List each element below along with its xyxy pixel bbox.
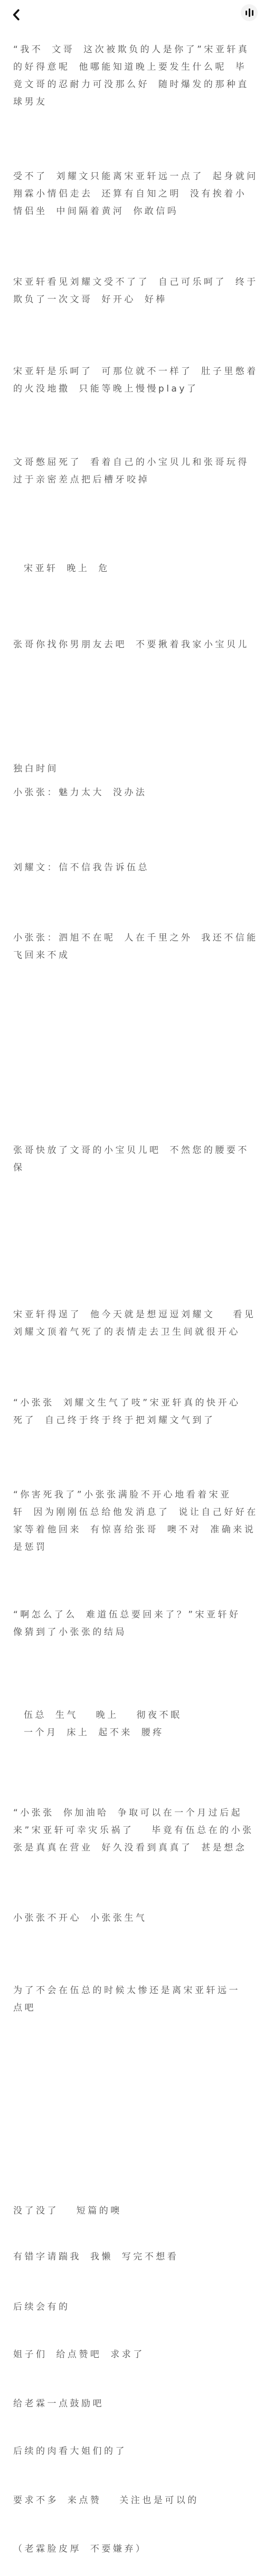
- text-line: 是惩罚: [13, 1539, 253, 1556]
- paragraph: “我不 文哥 这次被欺负的人是你了”宋亚轩真的好得意呢 他哪能知道晚上要发生什么…: [13, 41, 253, 111]
- paragraph: 要求不多 来点赞 关注也是可以的: [13, 2492, 253, 2509]
- back-button[interactable]: [10, 5, 29, 24]
- paragraph: 小张张：魅力太大 没办法: [13, 784, 253, 802]
- paragraph: 为了不会在伍总的时候太惨还是离宋亚轩远一点吧: [13, 1982, 253, 2017]
- text-line: 张哥快放了文哥的小宝贝儿吧 不然您的腰要不: [13, 1142, 253, 1159]
- text-line: 宋亚轩得逞了 他今天就是想逗逗刘耀文 看见: [13, 1306, 253, 1324]
- paragraph: “小张张 你加油哈 争取可以在一个月过后起来”宋亚轩可幸灾乐祸了 毕竟有伍总在的…: [13, 1805, 253, 1857]
- paragraph: 小张张：泗旭不在呢 人在千里之外 我还不信能飞回来不成: [13, 929, 253, 964]
- text-line: 为了不会在伍总的时候太惨还是离宋亚轩远一: [13, 1982, 253, 2000]
- paragraph: 宋亚轩得逞了 他今天就是想逗逗刘耀文 看见刘耀文顶着气死了的表情走去卫生间就很开…: [13, 1306, 253, 1341]
- text-line: 轩 因为刚刚伍总给他发消息了 说让自己好好在: [13, 1504, 253, 1521]
- paragraph: “小张张 刘耀文生气了吱”宋亚轩真的快开心死了 自己终于终于终于把刘耀文气到了: [13, 1394, 253, 1429]
- text-line: 宋亚轩 晚上 危: [24, 560, 264, 578]
- paragraph: 宋亚轩 晚上 危: [24, 560, 264, 578]
- paragraph: 张哥快放了文哥的小宝贝儿吧 不然您的腰要不保: [13, 1142, 253, 1177]
- text-line: 文哥憋屈死了 看着自己的小宝贝儿和张哥玩得: [13, 454, 253, 471]
- text-line: 给老霖一点鼓励吧: [13, 2395, 253, 2413]
- paragraph: 伍总 生气 晚上 彻夜不眠一个月 床上 起不来 腰疼: [24, 1707, 264, 1742]
- text-line: 飞回来不成: [13, 947, 253, 964]
- text-line: 家等着他回来 有惊喜给张哥 噢不对 准确来说: [13, 1521, 253, 1539]
- paragraph: 受不了 刘耀文只能离宋亚轩远一点了 起身就问翔霖小情侣走去 还算有自知之明 没有…: [13, 168, 253, 220]
- text-line: 欺负了一次文哥 好开心 好棒: [13, 291, 253, 309]
- paragraph: 张哥你找你男朋友去吧 不要揪着我家小宝贝儿: [13, 636, 253, 654]
- paragraph: 给老霖一点鼓励吧: [13, 2395, 253, 2413]
- text-line: 伍总 生气 晚上 彻夜不眠: [24, 1707, 264, 1724]
- text-line: 像猜到了小张张的结局: [13, 1624, 253, 1641]
- text-line: 的好得意呢 他哪能知道晚上要发生什么呢 毕: [13, 59, 253, 76]
- paragraph: “你害死我了”小张张满脸不开心地看着宋亚轩 因为刚刚伍总给他发消息了 说让自己好…: [13, 1486, 253, 1556]
- text-line: 后续的肉看大姐们的了: [13, 2443, 253, 2460]
- text-line: 小张张不开心 小张张生气: [13, 1910, 253, 1927]
- text-line: “小张张 刘耀文生气了吱”宋亚轩真的快开心: [13, 1394, 253, 1412]
- chevron-left-icon: [10, 8, 29, 22]
- text-line: 张哥你找你男朋友去吧 不要揪着我家小宝贝儿: [13, 636, 253, 654]
- paragraph: 姐子们 给点赞吧 求求了: [13, 2346, 253, 2364]
- text-line: 一个月 床上 起不来 腰疼: [24, 1724, 264, 1742]
- text-line: 小张张：泗旭不在呢 人在千里之外 我还不信能: [13, 929, 253, 947]
- text-line: 没了没了 短篇的噢: [13, 2202, 253, 2220]
- text-line: 姐子们 给点赞吧 求求了: [13, 2346, 253, 2364]
- text-line: “小张张 你加油哈 争取可以在一个月过后起: [13, 1805, 253, 1822]
- text-line: 保: [13, 1159, 253, 1177]
- top-bar: [0, 0, 264, 30]
- text-line: 死了 自己终于终于终于把刘耀文气到了: [13, 1412, 253, 1429]
- text-line: 独白时间: [13, 760, 253, 778]
- text-line: 刘耀文：信不信我告诉伍总: [13, 859, 253, 877]
- text-line: 的火没地撒 只能等晚上慢慢play了: [13, 380, 253, 398]
- text-line: 宋亚轩是乐呵了 可那位就不一样了 肚子里憋着: [13, 363, 253, 380]
- text-line: 翔霖小情侣走去 还算有自知之明 没有挨着小: [13, 185, 253, 203]
- paragraph: 没了没了 短篇的噢: [13, 2202, 253, 2220]
- text-line: “你害死我了”小张张满脸不开心地看着宋亚: [13, 1486, 253, 1504]
- text-line: 竟文哥的忍耐力可没那么好 随时爆发的那种直: [13, 76, 253, 94]
- text-line: 张是真真在营业 好久没看到真真了 甚是想念: [13, 1839, 253, 1857]
- text-line: 宋亚轩看见刘耀文受不了了 自己可乐呵了 终于: [13, 274, 253, 291]
- text-line: 有错字请踹我 我懒 写完不想看: [13, 2248, 253, 2266]
- text-line: “我不 文哥 这次被欺负的人是你了”宋亚轩真: [13, 41, 253, 59]
- audio-bars-icon: [246, 8, 253, 17]
- text-line: 来”宋亚轩可幸灾乐祸了 毕竟有伍总在的小张: [13, 1822, 253, 1839]
- paragraph: 刘耀文：信不信我告诉伍总: [13, 859, 253, 877]
- paragraph: 后续的肉看大姐们的了: [13, 2443, 253, 2460]
- text-line: “啊怎么了么 难道伍总要回来了？”宋亚轩好: [13, 1606, 253, 1624]
- paragraph: （老霖脸皮厚 不要嫌弃）: [13, 2541, 253, 2558]
- text-line: 情侣坐 中间隔着黄河 你敢信吗: [13, 203, 253, 220]
- paragraph: 独白时间: [13, 760, 253, 778]
- paragraph: 宋亚轩是乐呵了 可那位就不一样了 肚子里憋着的火没地撒 只能等晚上慢慢play了: [13, 363, 253, 398]
- paragraph: 有错字请踹我 我懒 写完不想看: [13, 2248, 253, 2266]
- text-line: 小张张：魅力太大 没办法: [13, 784, 253, 802]
- text-line: 受不了 刘耀文只能离宋亚轩远一点了 起身就问: [13, 168, 253, 185]
- paragraph: “啊怎么了么 难道伍总要回来了？”宋亚轩好像猜到了小张张的结局: [13, 1606, 253, 1641]
- paragraph: 小张张不开心 小张张生气: [13, 1910, 253, 1927]
- text-line: 点吧: [13, 2000, 253, 2017]
- text-line: 过于亲密差点把后槽牙咬掉: [13, 471, 253, 489]
- text-line: （老霖脸皮厚 不要嫌弃）: [13, 2541, 253, 2558]
- listen-button[interactable]: [241, 4, 258, 21]
- reader-page: “我不 文哥 这次被欺负的人是你了”宋亚轩真的好得意呢 他哪能知道晚上要发生什么…: [0, 0, 264, 2576]
- paragraph: 宋亚轩看见刘耀文受不了了 自己可乐呵了 终于欺负了一次文哥 好开心 好棒: [13, 274, 253, 309]
- text-line: 后续会有的: [13, 2299, 253, 2316]
- paragraph: 文哥憋屈死了 看着自己的小宝贝儿和张哥玩得过于亲密差点把后槽牙咬掉: [13, 454, 253, 489]
- paragraph: 后续会有的: [13, 2299, 253, 2316]
- text-line: 要求不多 来点赞 关注也是可以的: [13, 2492, 253, 2509]
- text-line: 球男友: [13, 94, 253, 111]
- text-line: 刘耀文顶着气死了的表情走去卫生间就很开心: [13, 1324, 253, 1341]
